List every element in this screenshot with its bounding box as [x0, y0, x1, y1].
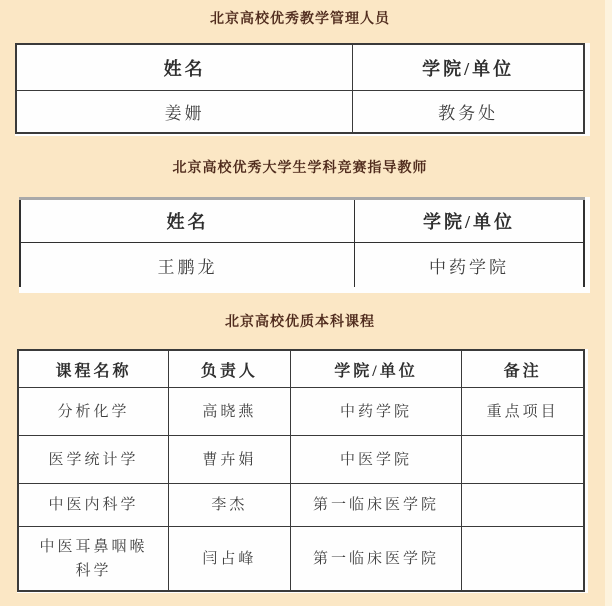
cell-course: 中医内科学	[18, 484, 169, 527]
cell-leader: 高晓燕	[169, 388, 291, 436]
cell-unit: 第一临床医学院	[290, 484, 461, 527]
cell-course-text: 分析化学	[58, 400, 130, 424]
section-title-teaching-management: 北京高校优秀教学管理人员	[0, 9, 600, 27]
cell-course: 医学统计学	[18, 436, 169, 484]
cell-unit: 中药学院	[354, 243, 584, 288]
cell-course-text: 医学统计学	[49, 448, 139, 472]
cell-name: 王鹏龙	[20, 243, 354, 288]
table-row: 王鹏龙 中药学院	[20, 243, 584, 288]
cell-leader: 闫占峰	[169, 527, 291, 592]
cell-remark	[462, 484, 584, 527]
page-edge-strip	[605, 0, 612, 606]
table-image-block-1: 姓名 学院/单位 姜姗 教务处	[15, 43, 590, 136]
cell-course-text: 中医内科学	[49, 493, 139, 517]
header-cell-unit: 学院/单位	[290, 350, 461, 388]
table-row: 医学统计学 曹卉娟 中医学院	[18, 436, 584, 484]
cell-course-text: 中医耳鼻咽喉科学	[38, 535, 150, 583]
table-header-row: 姓名 学院/单位	[20, 199, 584, 243]
cell-course: 分析化学	[18, 388, 169, 436]
header-cell-name: 姓名	[16, 44, 353, 91]
quality-courses-table: 课程名称 负责人 学院/单位 备注 分析化学 高晓燕 中药学院 重点项目 医学统…	[17, 349, 585, 592]
cell-remark	[462, 436, 584, 484]
cell-leader: 李杰	[169, 484, 291, 527]
header-cell-remark: 备注	[462, 350, 584, 388]
competition-advisors-table: 姓名 学院/单位 王鹏龙 中药学院	[19, 197, 585, 287]
cell-unit: 教务处	[353, 91, 584, 134]
cell-leader: 曹卉娟	[169, 436, 291, 484]
table-image-block-3: 课程名称 负责人 学院/单位 备注 分析化学 高晓燕 中药学院 重点项目 医学统…	[17, 349, 588, 593]
table-row: 中医内科学 李杰 第一临床医学院	[18, 484, 584, 527]
header-cell-leader: 负责人	[169, 350, 291, 388]
table-row: 姜姗 教务处	[16, 91, 584, 134]
cell-course: 中医耳鼻咽喉科学	[18, 527, 169, 592]
header-cell-name: 姓名	[20, 199, 354, 243]
header-cell-unit: 学院/单位	[354, 199, 584, 243]
cell-name: 姜姗	[16, 91, 353, 134]
document-page: 北京高校优秀教学管理人员 姓名 学院/单位 姜姗 教务处 北京高校优秀大学生学科…	[0, 0, 612, 606]
cell-unit: 第一临床医学院	[290, 527, 461, 592]
section-title-quality-courses: 北京高校优质本科课程	[0, 312, 600, 330]
header-cell-unit: 学院/单位	[353, 44, 584, 91]
table-image-block-2: 姓名 学院/单位 王鹏龙 中药学院	[19, 197, 590, 293]
table-row: 分析化学 高晓燕 中药学院 重点项目	[18, 388, 584, 436]
section-title-competition-advisors: 北京高校优秀大学生学科竞赛指导教师	[0, 158, 600, 176]
table-header-row: 课程名称 负责人 学院/单位 备注	[18, 350, 584, 388]
cell-remark	[462, 527, 584, 592]
cell-unit: 中药学院	[290, 388, 461, 436]
table-row: 中医耳鼻咽喉科学 闫占峰 第一临床医学院	[18, 527, 584, 592]
cell-remark: 重点项目	[462, 388, 584, 436]
cell-unit: 中医学院	[290, 436, 461, 484]
table-header-row: 姓名 学院/单位	[16, 44, 584, 91]
teaching-management-table: 姓名 学院/单位 姜姗 教务处	[15, 43, 585, 134]
header-cell-course: 课程名称	[18, 350, 169, 388]
